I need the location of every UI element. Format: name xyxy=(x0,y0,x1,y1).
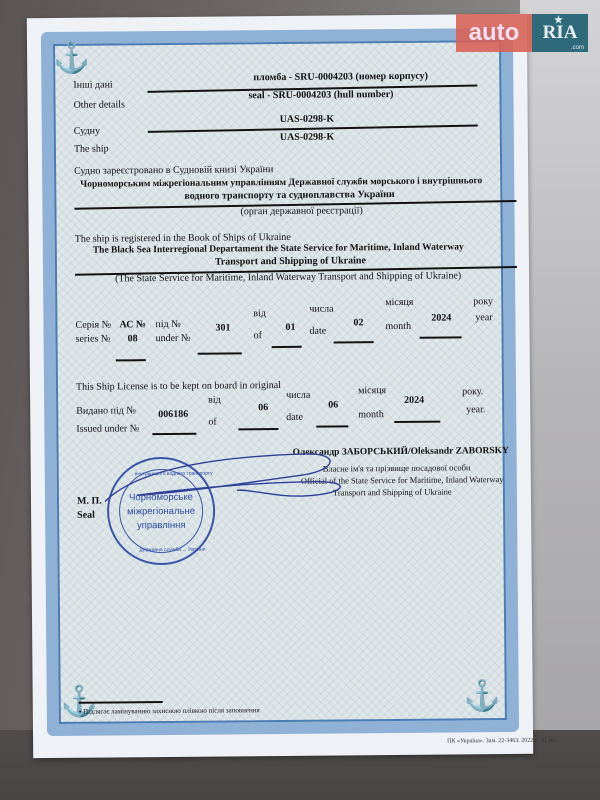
underline xyxy=(316,425,348,427)
under-label-uk: під № xyxy=(155,319,180,330)
registration-caption-uk: (орган державної реєстрації) xyxy=(240,205,362,217)
other-details-value-uk: пломба - SRU-0004203 (номер корпусу) xyxy=(253,71,428,84)
stamp-ring-bottom-text: Державна служба ... України xyxy=(139,547,205,554)
logo-auto-part: auto xyxy=(456,14,532,52)
signature xyxy=(97,447,358,519)
seal-label-en: Seal xyxy=(77,510,95,521)
stamp-line-3: управління xyxy=(109,519,213,534)
other-details-value-en: seal - SRU-0004203 (hull number) xyxy=(248,89,393,101)
issued-date-label-uk: числа xyxy=(286,390,310,401)
issued-number: 006186 xyxy=(158,409,188,420)
ship-license-document: ⚓ ⚓ ⚓ Інші дані пломба - SRU-0004203 (но… xyxy=(27,14,533,758)
issued-label-uk: Видано під № xyxy=(76,405,136,417)
star-icon: ★ xyxy=(554,15,563,26)
issued-of-label-en: of xyxy=(208,417,216,428)
underline xyxy=(116,359,146,361)
ship-value-en: UAS-0298-K xyxy=(280,132,335,143)
of-label-uk: від xyxy=(253,308,266,319)
issued-date-label-en: date xyxy=(286,412,303,423)
other-details-label-en: Other details xyxy=(73,99,124,110)
date-label-en: date xyxy=(309,326,326,337)
ship-label-en: The ship xyxy=(74,143,109,154)
under-value: 301 xyxy=(215,322,230,333)
registration-intro-en: The ship is registered in the Book of Sh… xyxy=(75,232,291,245)
kept-on-board-note: This Ship License is to be kept on board… xyxy=(76,380,281,393)
logo-com-text: .com xyxy=(571,45,584,51)
underline xyxy=(272,346,302,348)
ship-value-uk: UAS-0298-K xyxy=(280,114,335,125)
registration-intro-uk: Судно зареєстровано в Судновій книзі Укр… xyxy=(74,164,273,177)
series-value-1: АС № xyxy=(119,319,146,330)
month-label-en: month xyxy=(385,321,411,332)
series-value-2: 08 xyxy=(128,333,138,344)
issued-year-label-uk: року. xyxy=(462,386,483,397)
ship-label-uk: Судну xyxy=(74,126,100,137)
issued-year-label-en: year. xyxy=(466,404,485,415)
date-value: 02 xyxy=(353,317,363,328)
anchor-icon: ⚓ xyxy=(463,682,501,712)
logo-ria-part: ★ RIA .com xyxy=(532,14,588,52)
issued-month-label-en: month xyxy=(358,409,384,420)
issued-of-label-uk: від xyxy=(208,395,221,406)
issued-of-value: 06 xyxy=(258,402,268,413)
year-label-uk: року xyxy=(473,296,493,307)
of-value: 01 xyxy=(285,322,295,333)
year-label-en: year xyxy=(475,312,492,323)
of-label-en: of xyxy=(254,330,262,341)
date-label-uk: числа xyxy=(309,304,333,315)
issued-date-value: 06 xyxy=(328,399,338,410)
month-value: 2024 xyxy=(431,313,451,324)
other-details-label-uk: Інші дані xyxy=(73,79,112,90)
under-label-en: under № xyxy=(156,333,191,344)
issued-label-en: Issued under № xyxy=(76,423,139,435)
anchor-icon: ⚓ xyxy=(53,44,91,74)
lamination-footnote: ▪ Підлягає ламінуванню захисною плівкою … xyxy=(79,706,260,716)
registration-authority-en-2: Transport and Shipping of Ukraine xyxy=(215,255,366,267)
series-label-uk: Серія № xyxy=(75,319,111,330)
issued-month-value: 2024 xyxy=(404,395,424,406)
printer-note: ПК «Україна». Зам. 22-3463. 2022 р. III … xyxy=(447,738,555,745)
issued-month-label-uk: місяця xyxy=(358,385,386,396)
month-label-uk: місяця xyxy=(385,297,413,308)
series-label-en: series № xyxy=(76,333,111,344)
registration-authority-uk-2: водного транспорту та судноплавства Укра… xyxy=(184,189,394,202)
autoria-watermark-logo: auto ★ RIA .com xyxy=(456,14,588,52)
